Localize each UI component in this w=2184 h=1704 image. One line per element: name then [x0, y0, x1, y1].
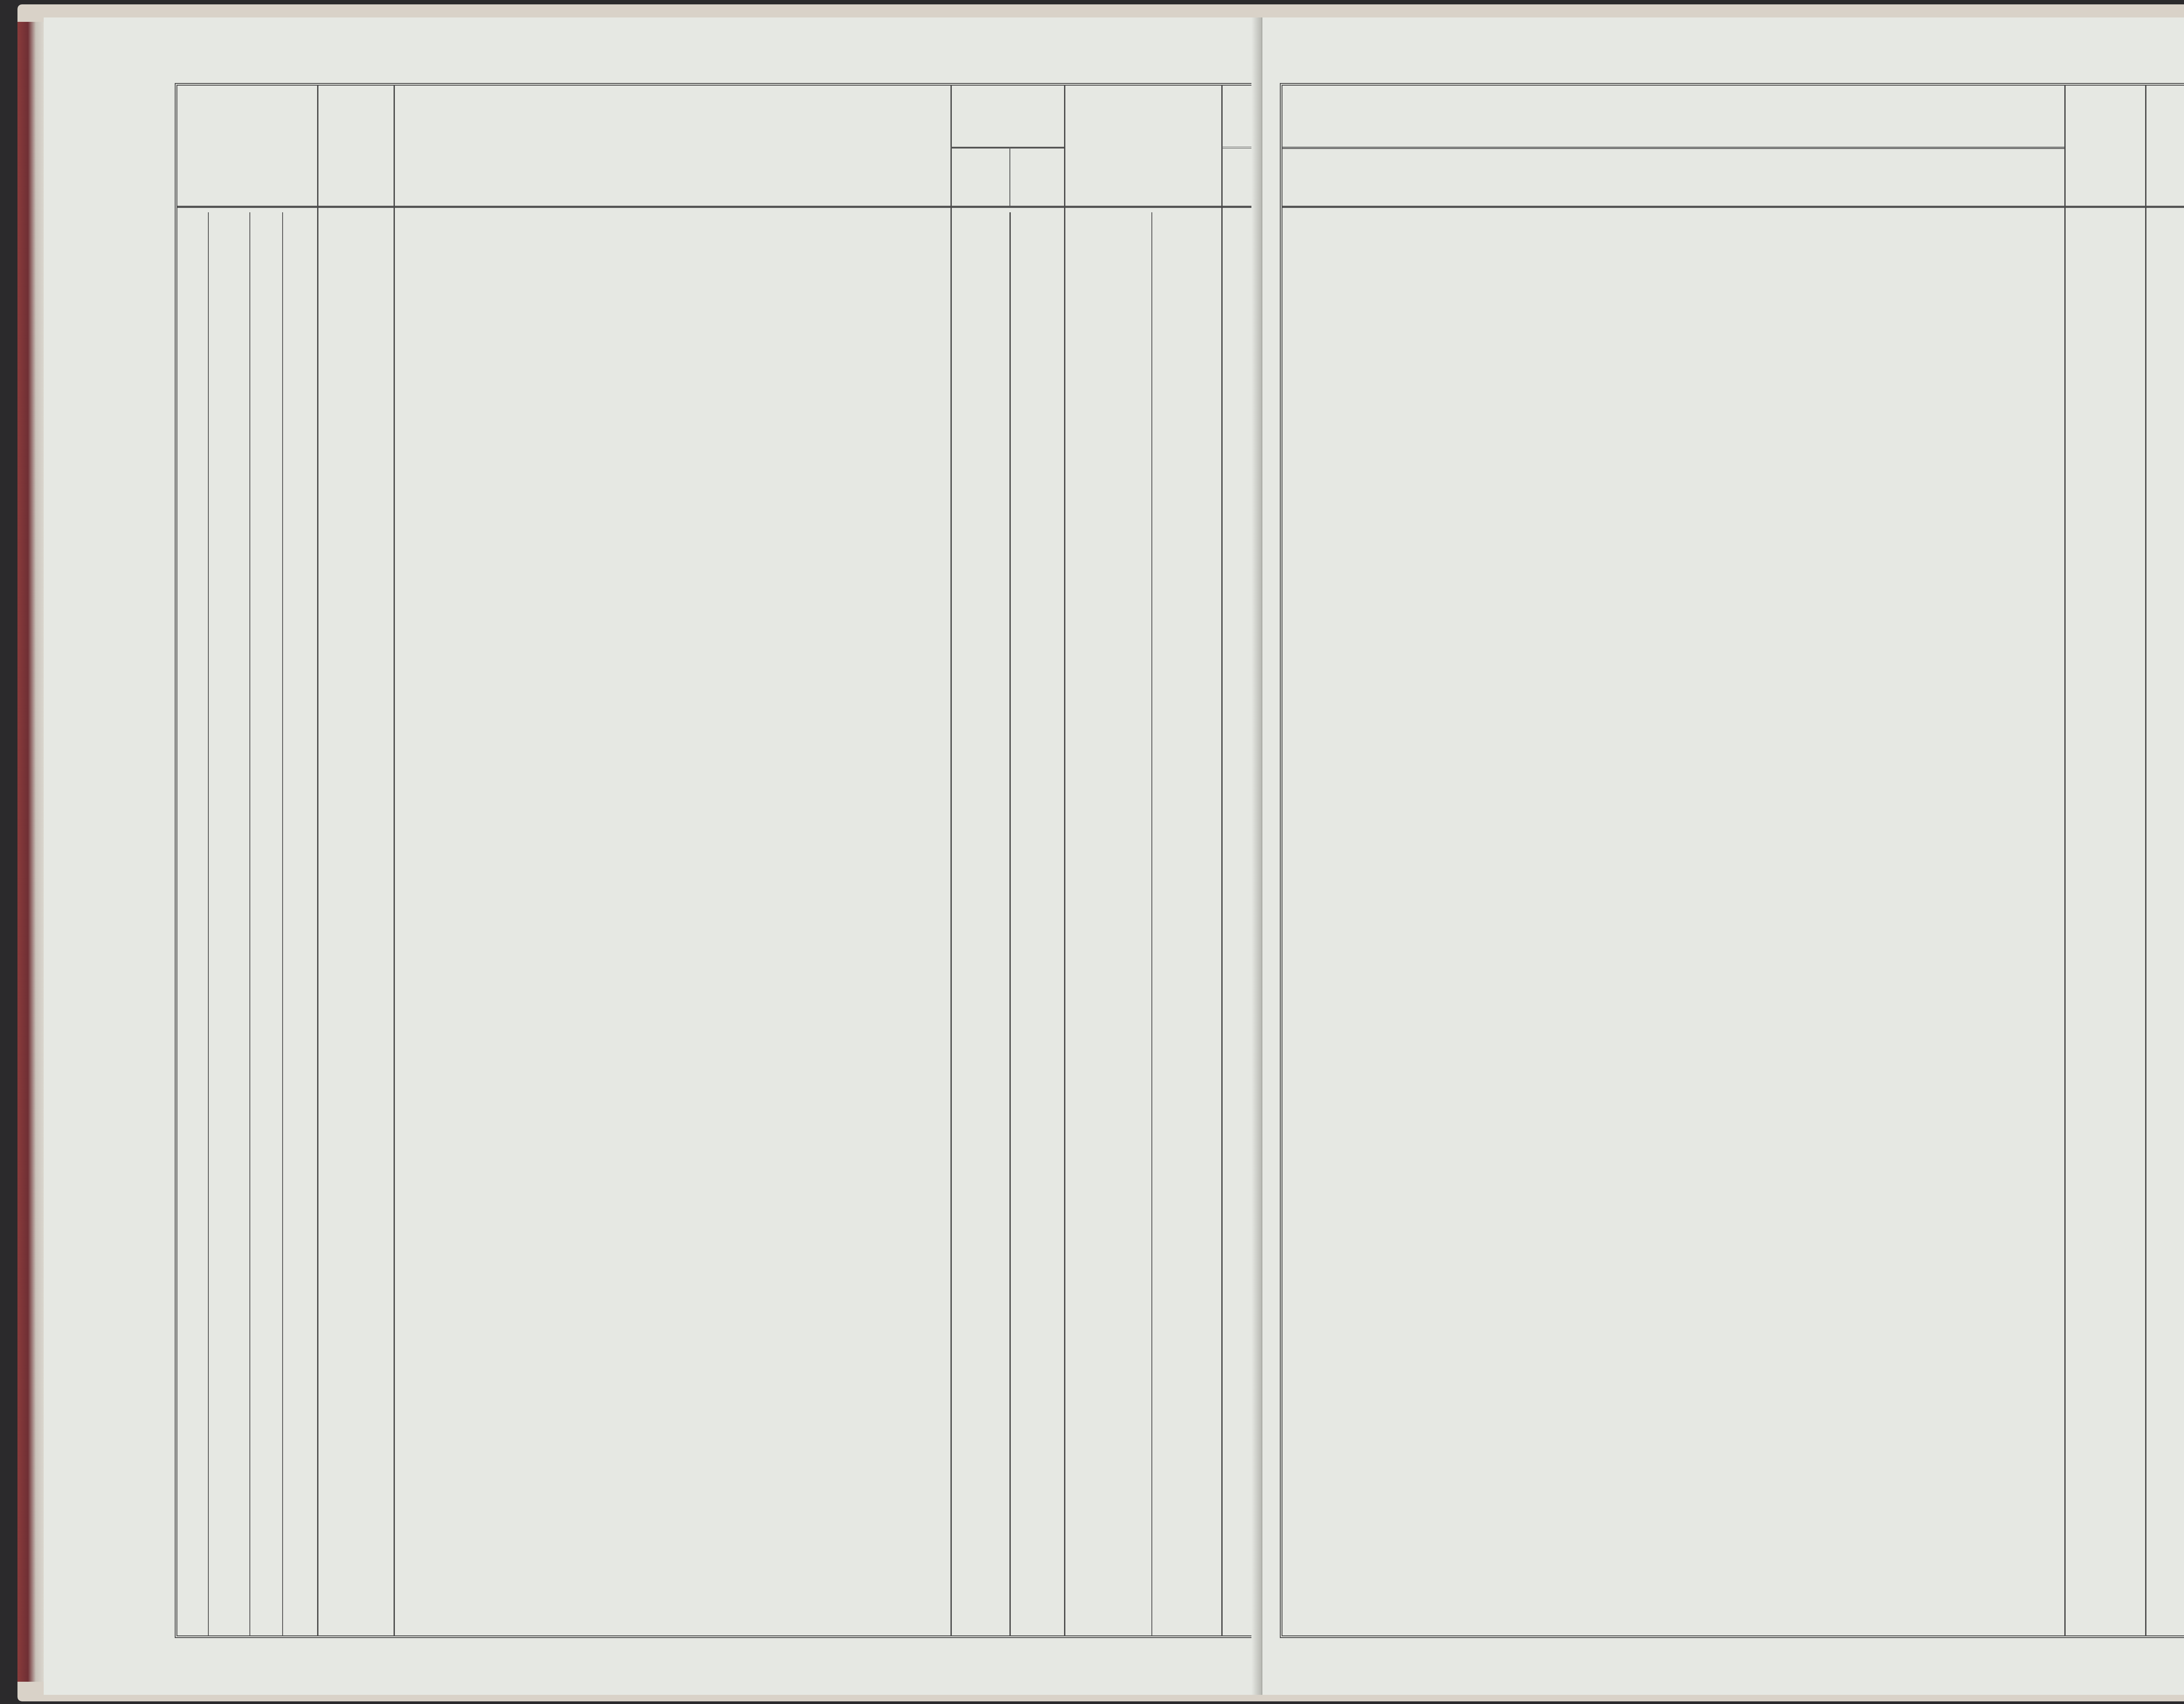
left-table-frame: [175, 83, 1275, 1638]
book-binding: [17, 22, 44, 1682]
left-page: [44, 17, 1263, 1695]
header-intestazioni: [394, 125, 950, 138]
right-table-frame: [1280, 83, 2184, 1638]
right-page: [1262, 17, 2184, 1695]
ledger-book: [17, 4, 2184, 1701]
